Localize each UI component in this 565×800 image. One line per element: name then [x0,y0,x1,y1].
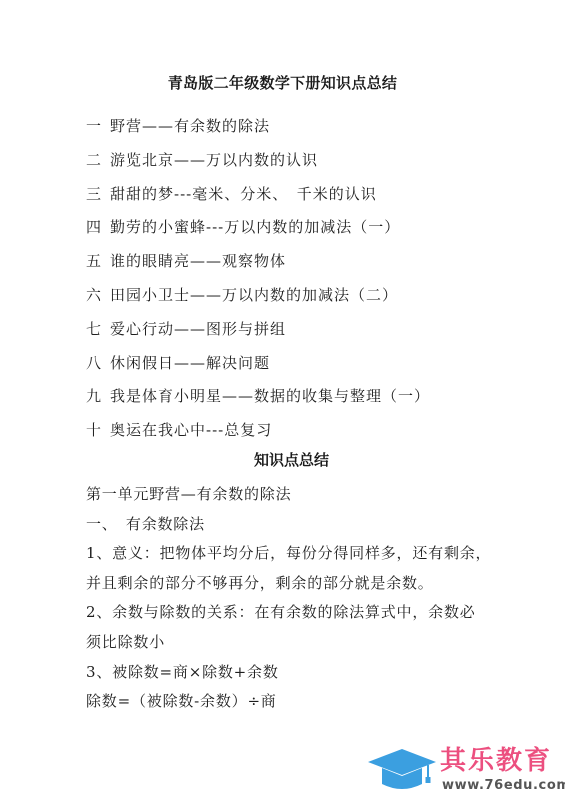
section-title: 知识点总结 [0,449,565,470]
toc-item-number: 六 [86,284,110,306]
paragraph-line: 2、余数与除数的关系：在有余数的除法算式中，余数必 [86,601,486,631]
table-of-contents: 一野营——有余数的除法 二游览北京——万以内数的认识 三甜甜的梦---毫米、分米… [86,115,430,453]
section-body: 第一单元野营—有余数的除法 一、 有余数除法 1、意义：把物体平均分后，每份分得… [86,483,486,720]
toc-item: 十奥运在我心中---总复习 [86,419,430,453]
toc-item-text: 奥运在我心中---总复习 [110,421,272,439]
toc-item-number: 九 [86,385,110,407]
toc-item-text: 勤劳的小蜜蜂---万以内数的加减法（一） [110,218,400,236]
toc-item-number: 四 [86,216,110,238]
toc-item: 四勤劳的小蜜蜂---万以内数的加减法（一） [86,216,430,250]
formula-line: 除数=（被除数-余数）÷商 [86,690,486,720]
toc-item-text: 爱心行动——图形与拼组 [110,320,286,338]
toc-item-text: 休闲假日——解决问题 [110,354,270,372]
toc-item-number: 五 [86,250,110,272]
toc-item-number: 一 [86,115,110,137]
document-title: 青岛版二年级数学下册知识点总结 [0,72,565,93]
watermark-logo: 其乐教育 www.76edu.com [364,742,564,798]
toc-item-number: 七 [86,318,110,340]
graduation-cap-icon [366,746,438,792]
paragraph-line: 1、意义：把物体平均分后，每份分得同样多，还有剩余， [86,542,486,572]
paragraph-line: 并且剩余的部分不够再分，剩余的部分就是余数。 [86,572,486,602]
toc-item: 七爱心行动——图形与拼组 [86,318,430,352]
toc-item-text: 谁的眼睛亮——观察物体 [110,252,286,270]
paragraph-line: 须比除数小 [86,631,486,661]
toc-item: 三甜甜的梦---毫米、分米、 千米的认识 [86,183,430,217]
toc-item: 二游览北京——万以内数的认识 [86,149,430,183]
toc-item-text: 野营——有余数的除法 [110,117,270,135]
toc-item-number: 十 [86,419,110,441]
toc-item-number: 八 [86,352,110,374]
watermark-url: www.76edu.com [442,778,565,794]
toc-item: 五谁的眼睛亮——观察物体 [86,250,430,284]
subsection-heading: 一、 有余数除法 [86,513,486,543]
formula-line: 3、被除数=商×除数+余数 [86,661,486,691]
toc-item: 八休闲假日——解决问题 [86,352,430,386]
toc-item: 九我是体育小明星——数据的收集与整理（一） [86,385,430,419]
toc-item-text: 游览北京——万以内数的认识 [110,151,318,169]
toc-item-number: 三 [86,183,110,205]
toc-item-text: 甜甜的梦---毫米、分米、 千米的认识 [110,185,377,203]
toc-item: 六田园小卫士——万以内数的加减法（二） [86,284,430,318]
toc-item-number: 二 [86,149,110,171]
unit-heading: 第一单元野营—有余数的除法 [86,483,486,513]
toc-item-text: 我是体育小明星——数据的收集与整理（一） [110,387,430,405]
document-page: 青岛版二年级数学下册知识点总结 一野营——有余数的除法 二游览北京——万以内数的… [0,0,565,800]
toc-item-text: 田园小卫士——万以内数的加减法（二） [110,286,398,304]
watermark-brand: 其乐教育 [440,746,552,776]
toc-item: 一野营——有余数的除法 [86,115,430,149]
